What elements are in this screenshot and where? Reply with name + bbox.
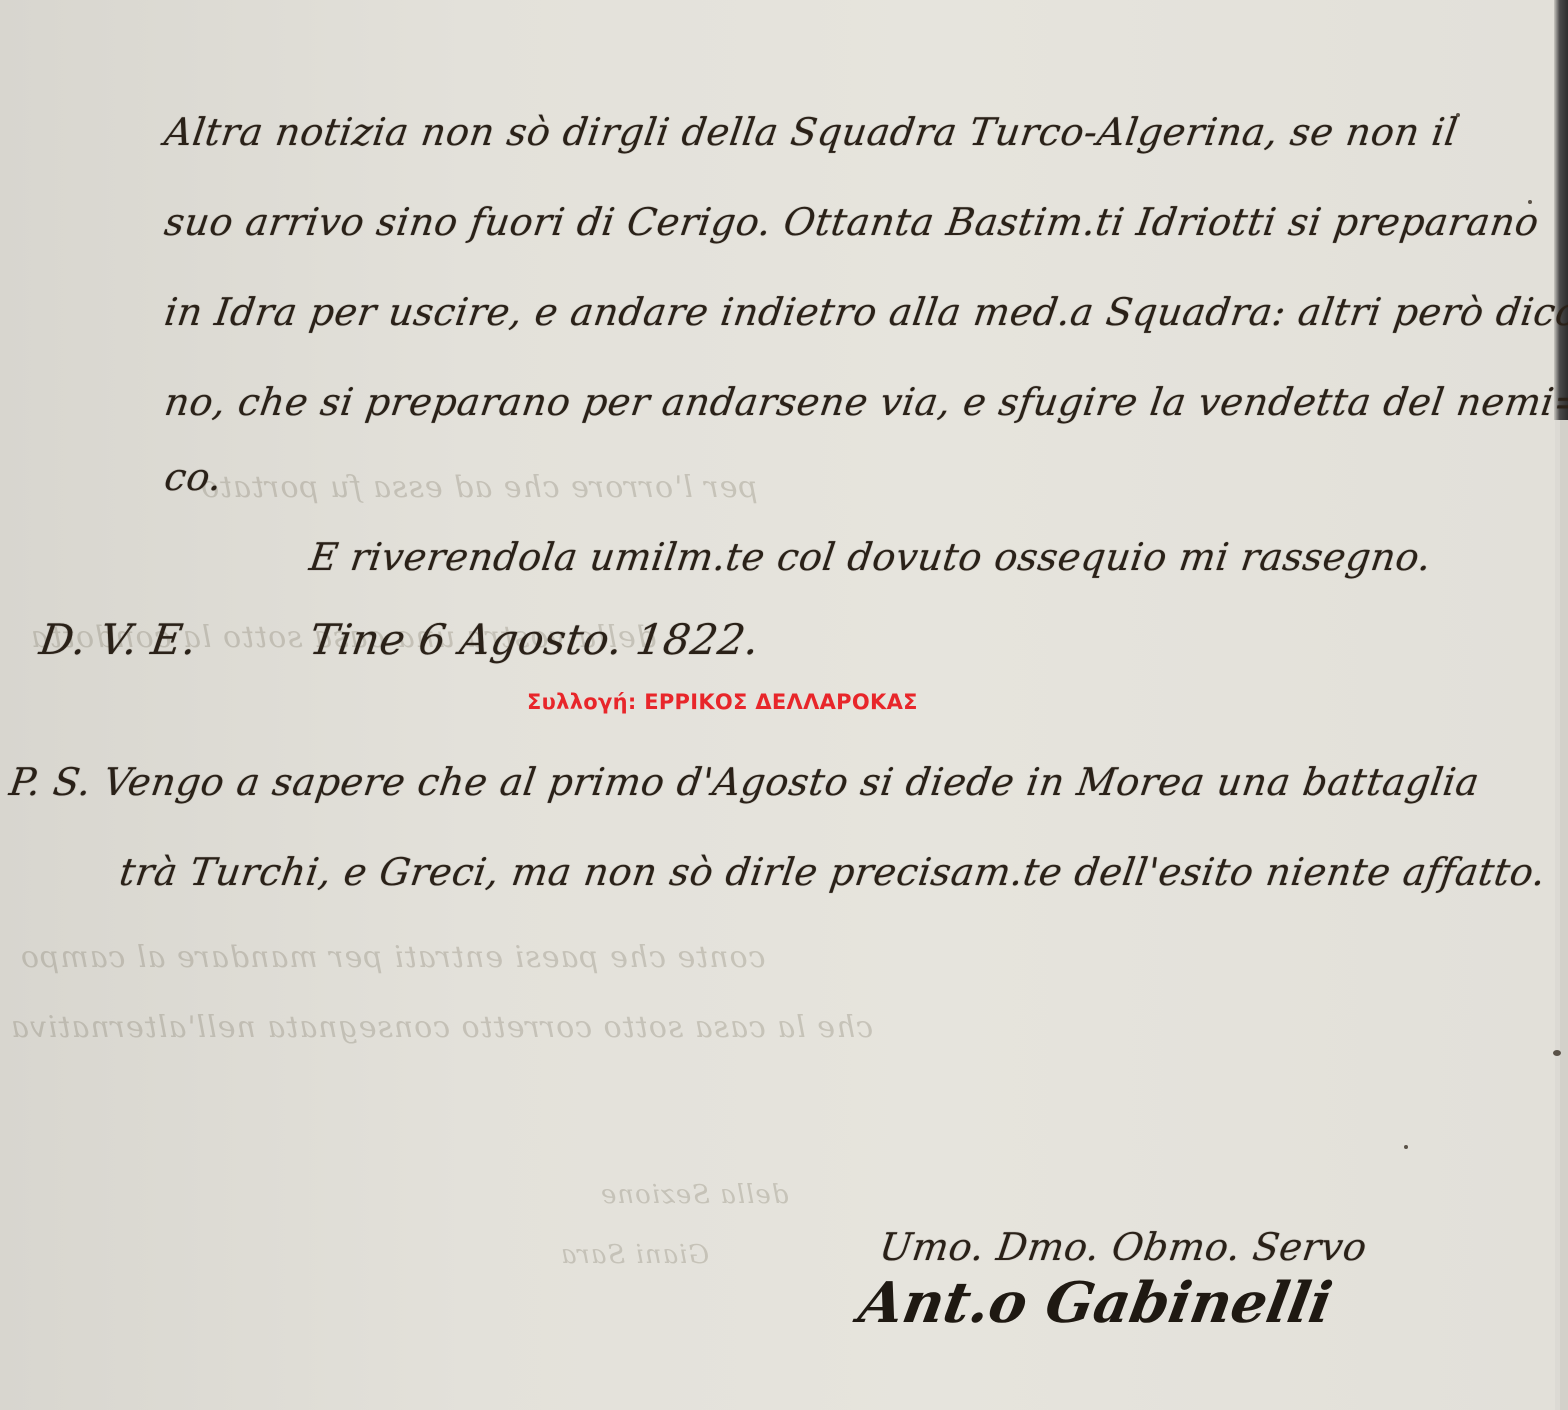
paper-speck xyxy=(1528,200,1532,204)
postscript-line-1: P. S. Vengo a sapere che al primo d'Agos… xyxy=(7,760,1482,804)
bleed-through-text: per l'orrore che ad essa fu portato xyxy=(200,470,758,505)
paper-speck xyxy=(1553,1050,1561,1056)
valediction: Umo. Dmo. Obmo. Servo xyxy=(877,1225,1370,1269)
closing-line: E riverendola umilm.te col dovuto ossequ… xyxy=(307,535,1434,579)
bleed-through-text: della Sezione xyxy=(600,1180,788,1210)
letter-line-1: Altra notizia non sò dirgli della Squadr… xyxy=(162,110,1461,154)
bleed-through-text: Giani Sara xyxy=(560,1240,709,1270)
collection-watermark: Συλλογή: ΕΡΡΙΚΟΣ ΔΕΛΛΑΡΟΚΑΣ xyxy=(527,690,918,714)
letter-line-3: in Idra per uscire, e andare indietro al… xyxy=(162,290,1568,334)
paper-edge xyxy=(1560,420,1568,1410)
paper-speck xyxy=(1404,1145,1408,1149)
paper-speck xyxy=(1456,113,1460,117)
addressee-initials: D. V. E. xyxy=(37,615,200,664)
letter-line-4: no, che si preparano per andarsene via, … xyxy=(162,380,1568,424)
letter-line-5: co. xyxy=(162,455,225,499)
paper-edge-shadow xyxy=(1554,0,1568,420)
letter-line-2: suo arrivo sino fuori di Cerigo. Ottanta… xyxy=(162,200,1542,244)
place-date: Tine 6 Agosto. 1822. xyxy=(307,615,763,664)
signature: Ant.o Gabinelli xyxy=(854,1270,1337,1336)
postscript-line-2: trà Turchi, e Greci, ma non sò dirle pre… xyxy=(117,850,1549,894)
bleed-through-text: conte che paesi entrati per mandare al c… xyxy=(20,940,765,975)
bleed-through-text: che la casa sotto corretto consegnata ne… xyxy=(10,1010,873,1045)
